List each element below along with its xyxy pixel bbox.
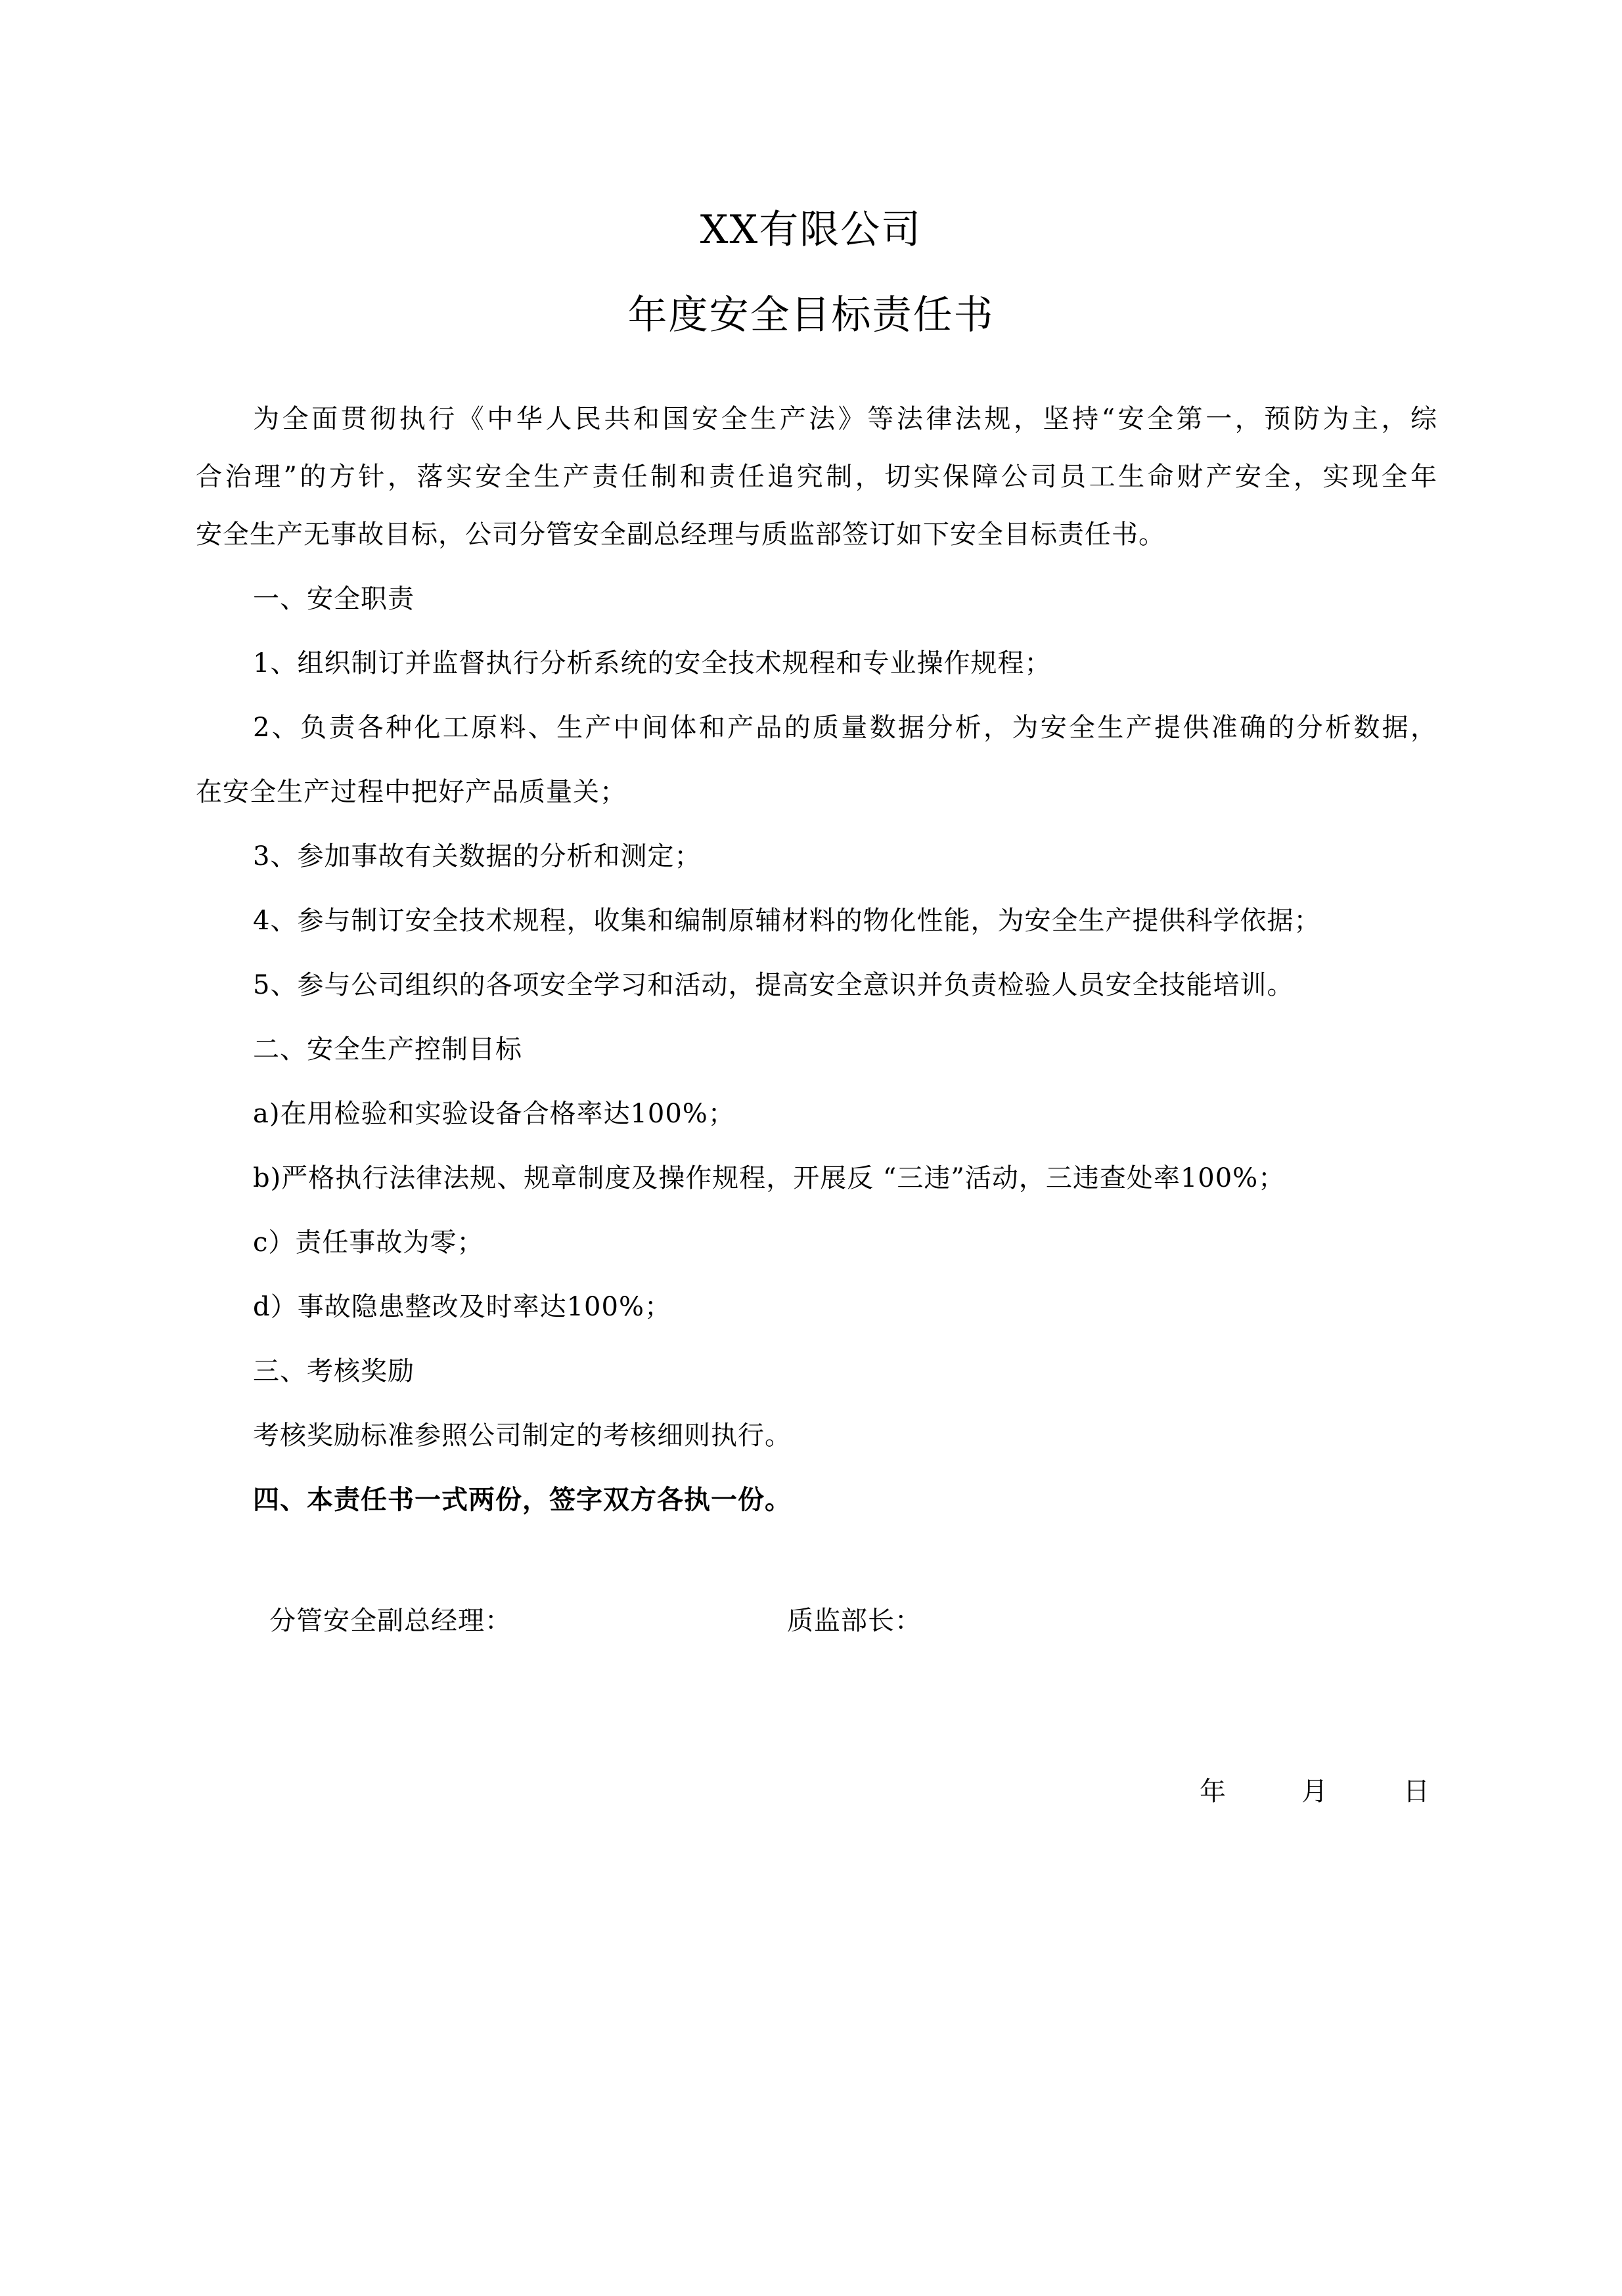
document-page: XX有限公司 年度安全目标责任书 为全面贯彻执行《中华人民共和国安全生产法》等法…	[0, 0, 1622, 2296]
intro-line-3: 安全生产无事故目标，公司分管安全副总经理与质监部签订如下安全目标责任书。	[196, 516, 1165, 553]
section-3-body: 考核奖励标准参照公司制定的考核细则执行。	[253, 1417, 792, 1454]
date-month-label: 月	[1301, 1773, 1328, 1810]
section-2-item-d: d）事故隐患整改及时率达100%；	[253, 1289, 671, 1325]
section-2-heading: 二、安全生产控制目标	[253, 1031, 522, 1068]
section-4-heading: 四、本责任书一式两份，签字双方各执一份。	[253, 1482, 792, 1518]
section-3-heading: 三、考核奖励	[253, 1353, 415, 1390]
section-1-item-2: 2、负责各种化工原料、生产中间体和产品的质量数据分析，为安全生产提供准确的分析数…	[253, 709, 1437, 746]
section-2-item-c: c）责任事故为零；	[253, 1224, 484, 1261]
intro-line-1: 为全面贯彻执行《中华人民共和国安全生产法》等法律法规，坚持“安全第一，预防为主，…	[253, 401, 1437, 437]
section-1-heading: 一、安全职责	[253, 581, 415, 617]
section-1-item-2-cont: 在安全生产过程中把好产品质量关；	[196, 774, 627, 810]
date-year-label: 年	[1200, 1773, 1226, 1810]
section-1-item-5: 5、参与公司组织的各项安全学习和活动，提高安全意识并负责检验人员安全技能培训。	[253, 967, 1294, 1004]
section-2-item-b: b)严格执行法律法规、规章制度及操作规程，开展反 “三违”活动，三违查处率100…	[253, 1160, 1285, 1197]
document-title: 年度安全目标责任书	[0, 289, 1622, 342]
signature-label-qc-head: 质监部长：	[787, 1602, 922, 1639]
section-2-item-a: a)在用检验和实验设备合格率达100%；	[253, 1095, 735, 1132]
date-day-label: 日	[1403, 1773, 1430, 1810]
intro-line-2: 合治理”的方针，落实安全生产责任制和责任追究制，切实保障公司员工生命财产安全，实…	[196, 458, 1437, 495]
section-1-item-1: 1、组织制订并监督执行分析系统的安全技术规程和专业操作规程；	[253, 645, 1051, 682]
section-1-item-4: 4、参与制订安全技术规程，收集和编制原辅材料的物化性能，为安全生产提供科学依据；	[253, 902, 1320, 939]
company-title: XX有限公司	[0, 204, 1622, 256]
section-1-item-3: 3、参加事故有关数据的分析和测定；	[253, 838, 701, 875]
signature-label-deputy-gm: 分管安全副总经理：	[269, 1602, 512, 1639]
